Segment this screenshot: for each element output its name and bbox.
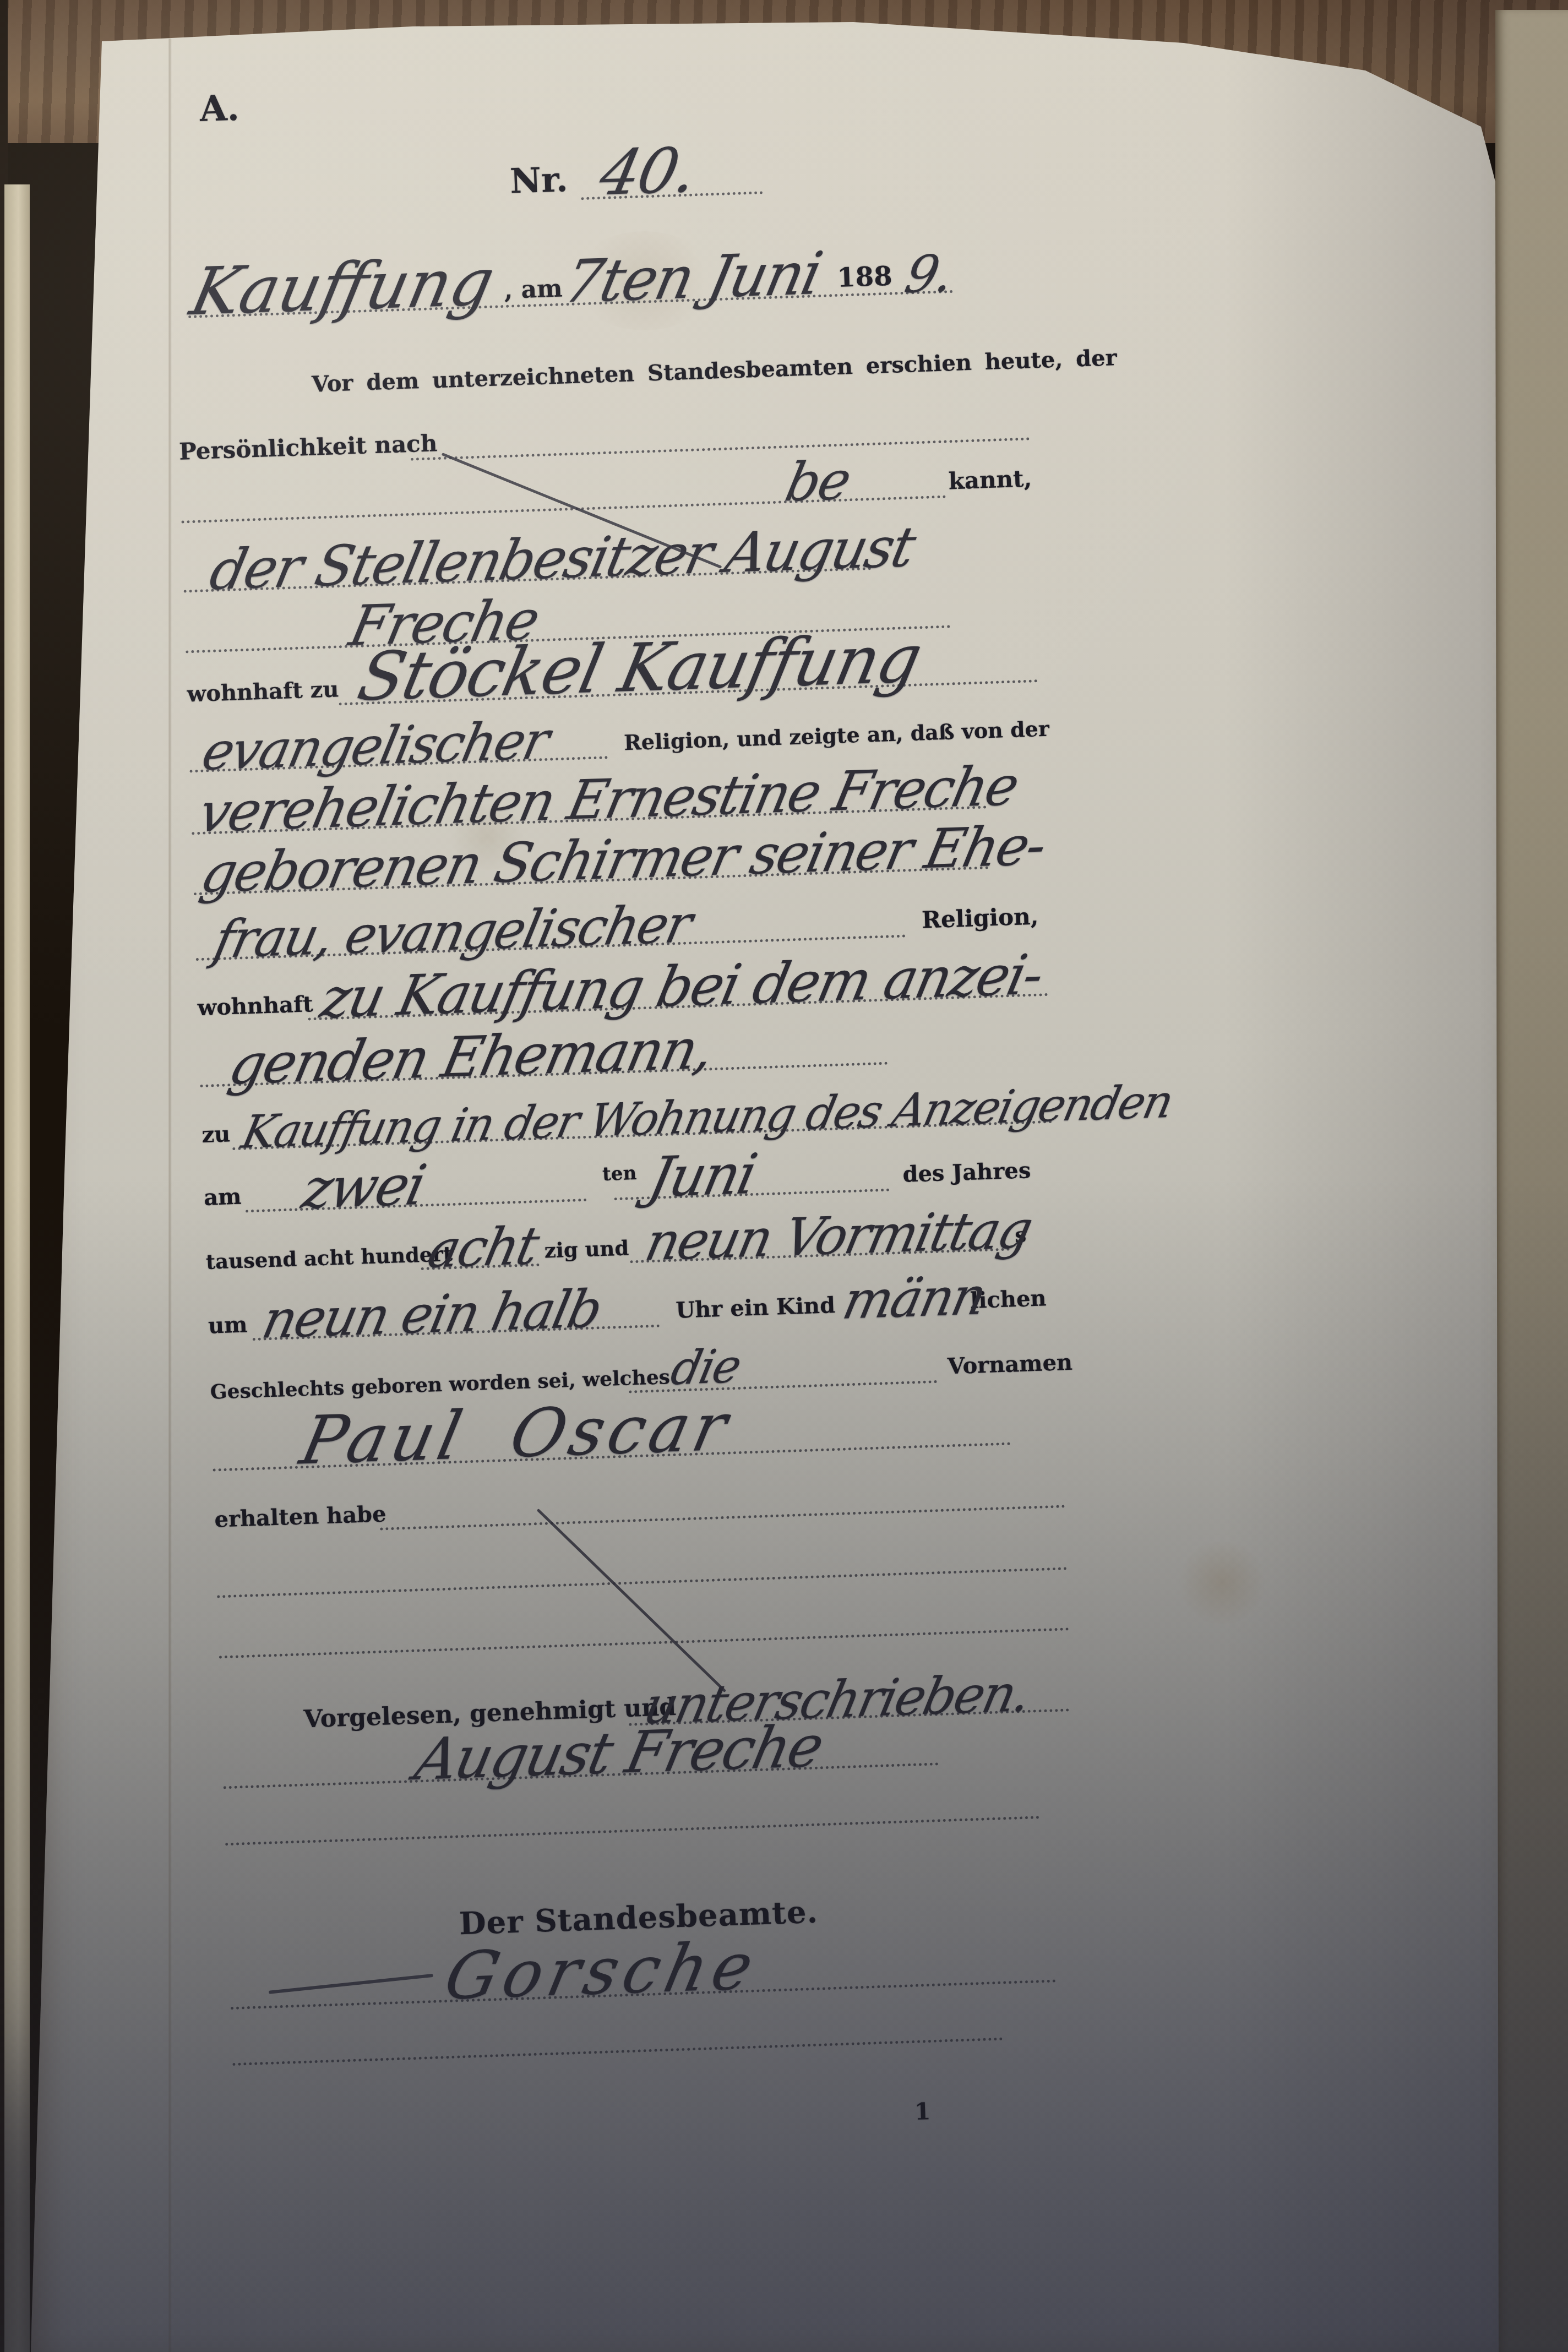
religion1-value: evangelischer — [198, 716, 552, 777]
photo-of-register-page: A. Nr. 40. Kauffung , am 7ten Juni 188 9… — [0, 0, 1568, 2352]
record-number-row: Nr. 40. — [170, 129, 1022, 220]
religion2-label: Religion, — [921, 902, 1039, 933]
year-time-value: neun Vormittag — [641, 1205, 1036, 1267]
right-page-stack-edge — [1495, 10, 1568, 2352]
erhalten-label: erhalten habe — [214, 1501, 386, 1532]
registrar-signature: Gorsche — [440, 1935, 764, 2007]
record-number-value: 40. — [595, 141, 701, 203]
place-value: Kauffung — [186, 251, 500, 323]
die-value: die — [667, 1344, 744, 1391]
paper-stain — [1175, 1542, 1269, 1624]
child-name-value: Paul Oscar — [296, 1396, 737, 1473]
be-handwritten: be — [781, 455, 854, 508]
wohnhaft-label: wohnhaft — [197, 991, 313, 1021]
page-number-row: 1 — [233, 2066, 1086, 2160]
printed-year: 188 — [837, 261, 893, 293]
birth-month-value: Juni — [645, 1147, 760, 1204]
dotted-rule — [232, 2038, 1003, 2066]
dotted-rule — [219, 1627, 1069, 1658]
wohnhaft-zu-label: wohnhaft zu — [187, 676, 339, 707]
religion1-label: Religion, und zeigte an, daß von der — [623, 716, 1049, 755]
am-label: , am — [504, 274, 563, 304]
date-row: Kauffung , am 7ten Juni 188 9. — [173, 236, 1025, 328]
am2-label: am — [203, 1184, 242, 1211]
zig-und-label: zig und — [544, 1235, 629, 1262]
signature-flourish — [269, 1974, 433, 1994]
declarant-signature: August Freche — [411, 1719, 827, 1787]
uhr-kind-label: Uhr ein Kind — [676, 1292, 836, 1324]
decade-value: acht — [424, 1221, 542, 1274]
mother-residence2: genden Ehemann, — [225, 1022, 717, 1091]
zu-label: zu — [202, 1121, 231, 1148]
corner-letter-row: A. — [167, 49, 1019, 143]
day-month-value: 7ten Juni — [560, 246, 825, 311]
um-label: um — [208, 1311, 248, 1338]
tausend-label: tausend acht hundert — [205, 1242, 453, 1274]
des-jahres-label: des Jahres — [902, 1157, 1031, 1188]
page-fold-crease — [168, 39, 172, 2352]
record-number-label: Nr. — [509, 159, 569, 201]
ten-label: ten — [602, 1162, 637, 1185]
birth-record-form: A. Nr. 40. Kauffung , am 7ten Juni 188 9… — [170, 137, 1087, 2212]
vornamen-label: Vornamen — [947, 1349, 1072, 1379]
time-value: neun ein halb — [258, 1284, 605, 1345]
dotted-rule — [225, 1816, 1039, 1845]
gender-value: männ — [839, 1271, 989, 1325]
corner-letter: A. — [199, 88, 239, 130]
kannt-label: kannt, — [948, 465, 1032, 494]
declarant-residence: Stöckel Kauffung — [353, 628, 926, 710]
persoenlichkeit-label: Persönlichkeit nach — [178, 429, 438, 465]
page-number: 1 — [914, 2098, 931, 2125]
register-page: A. Nr. 40. Kauffung , am 7ten Juni 188 9… — [28, 0, 1523, 2352]
birth-day-value: zwei — [298, 1158, 429, 1215]
left-page-edge — [4, 184, 30, 2352]
mother-line3: frau, evangelischer — [210, 900, 695, 965]
